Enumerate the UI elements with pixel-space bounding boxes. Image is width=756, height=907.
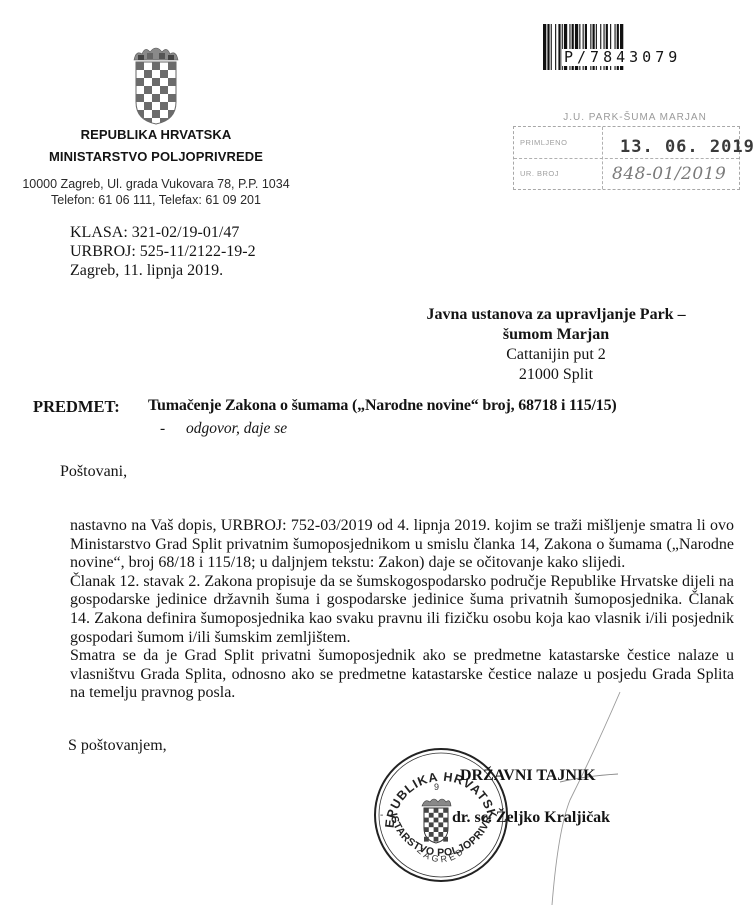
place-date: Zagreb, 11. lipnja 2019. (70, 262, 223, 280)
svg-text:9: 9 (434, 782, 439, 792)
signature-icon (500, 690, 640, 905)
subject-note: -odgovor, daje se (160, 420, 287, 438)
recipient-line-1: Javna ustanova za upravljanje Park – (396, 305, 716, 325)
body-paragraph: nastavno na Vaš dopis, URBROJ: 752-03/20… (70, 517, 734, 573)
svg-text:-: - (380, 810, 383, 821)
subject-note-text: odgovor, daje se (186, 420, 287, 437)
body-paragraph: Članak 12. stavak 2. Zakona propisuje da… (70, 573, 734, 647)
received-urbroj: 848-01/2019 (612, 164, 726, 184)
ministry-name: MINISTARSTVO POLJOPRIVREDE (0, 149, 312, 164)
recipient-line-2: šumom Marjan (396, 325, 716, 345)
greeting: Poštovani, (60, 463, 127, 481)
ministry-address: 10000 Zagreb, Ul. grada Vukovara 78, P.P… (0, 177, 312, 191)
received-date: 13. 06. 2019 (620, 137, 755, 157)
letter-body: nastavno na Vaš dopis, URBROJ: 752-03/20… (70, 517, 734, 703)
ministry-contact: Telefon: 61 06 111, Telefax: 61 09 201 (0, 193, 312, 207)
received-label: PRIMLJENO (520, 138, 567, 147)
urbroj: URBROJ: 525-11/2122-19-2 (70, 243, 256, 261)
receipt-stamp-institution: J.U. PARK-ŠUMA MARJAN (530, 112, 740, 123)
klasa: KLASA: 321-02/19-01/47 (70, 224, 239, 242)
recipient-street: Cattanijin put 2 (396, 345, 716, 365)
subject-label: PREDMET: (33, 397, 120, 417)
signer-name: dr. sc. Željko Kraljičak (452, 809, 610, 827)
closing: S poštovanjem, (68, 737, 167, 755)
coat-of-arms-icon (128, 44, 184, 126)
subject-dash: - (160, 420, 186, 438)
signer-title: DRŽAVNI TAJNIK (460, 767, 596, 785)
country-name: REPUBLIKA HRVATSKA (0, 127, 312, 142)
recipient-city: 21000 Split (396, 365, 716, 385)
urbroj-label: UR. BROJ (520, 169, 559, 178)
subject-title: Tumačenje Zakona o šumama („Narodne novi… (148, 397, 617, 415)
barcode-number: P/7843079 (562, 49, 683, 66)
